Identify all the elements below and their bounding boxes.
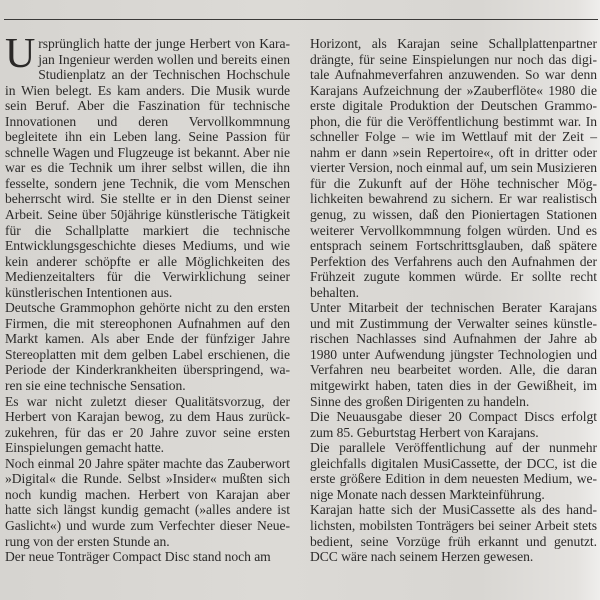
paragraph: Ursprünglich hatte der junge Herbert von…: [5, 36, 290, 300]
paragraph: Der neue Tonträger Compact Disc stand no…: [5, 549, 290, 565]
paragraph: Es war nicht zuletzt dieser Qualitätsvor…: [5, 394, 290, 456]
left-text-column: Ursprünglich hatte der junge Herbert von…: [5, 36, 290, 565]
paragraph: Die parallele Veröffentlichung auf der n…: [310, 440, 597, 502]
paragraph: Karajan hatte sich der MusiCassette als …: [310, 502, 597, 564]
drop-cap: U: [5, 39, 35, 69]
paragraph: Noch einmal 20 Jahre später machte das Z…: [5, 456, 290, 549]
paragraph: Horizont, als Karajan seine Schallplatte…: [310, 36, 597, 300]
paragraph: Unter Mitarbeit der technischen Berater …: [310, 300, 597, 409]
right-text-column: Horizont, als Karajan seine Schallplatte…: [310, 36, 597, 565]
paragraph: Deutsche Grammophon gehörte nicht zu den…: [5, 300, 290, 393]
top-horizontal-rule: [4, 19, 598, 20]
paragraph: Die Neuausgabe dieser 20 Compact Discs e…: [310, 409, 597, 440]
